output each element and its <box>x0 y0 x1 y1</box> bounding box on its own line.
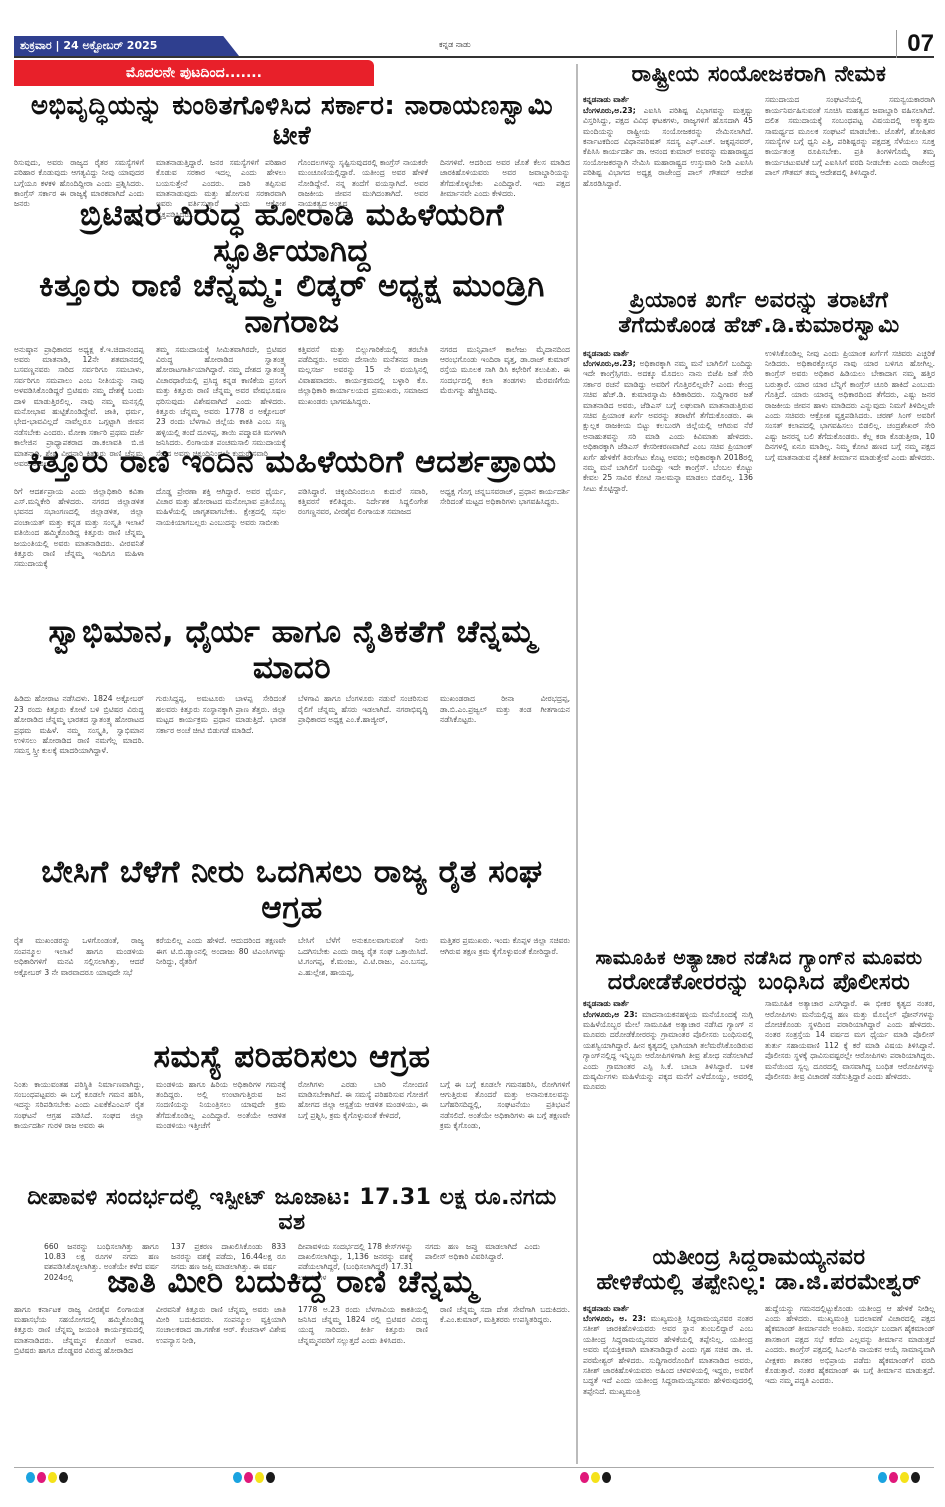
article-column: ಕನ್ನಡನಾಡು ವಾರ್ತೆ ಬೆಂಗಳೂರು,ಅ 23: ಮಾದನಾಯಕನ… <box>583 999 753 1187</box>
headline-line-2: ಹೇಳಿಕೆಯಲ್ಲಿ ತಪ್ಪೇನಿಲ್ಲ: ಡಾ.ಜಿ.ಪರಮೇಶ್ವರ್ <box>583 1270 935 1295</box>
dateline: ಬೆಂಗಳೂರು,ಅ 23: <box>583 1010 638 1019</box>
brand-name: ಕನ್ನಡ ನಾಡು <box>439 40 471 50</box>
article-column: ಉಳಿಸಿಕೊಂಡಿಲ್ಲ ನೀವು ಎಂದು ಪ್ರಿಯಾಂಕ ಖರ್ಗೆಗೆ… <box>765 349 935 909</box>
article-column: ಅಧ್ಯಕ್ಷ ಗೊಗ್ಗ ಚನ್ನಬಸವರಾಜ್, ಪ್ರಧಾನ ಕಾರ್ಯದ… <box>440 487 570 599</box>
article-column: ರೋಗಿಗಳು ಎರಡು ಬಾರಿ ನೋಂದಣಿ ಮಾಡಿಸಬೇಕಾಗಿದೆ. … <box>298 1080 428 1198</box>
dateline: ಬೆಂಗಳೂರು,ಅ.23; <box>583 106 636 115</box>
bottom-rule <box>14 1467 934 1468</box>
article-column: ಮಂಡಳಿಯ ಹಾಗೂ ಹಿರಿಯ ಅಧಿಕಾರಿಗಳ ಗಮನಕ್ಕೆ ತಂದಿ… <box>156 1080 286 1198</box>
article-column: ಮತ್ತಿತರ ಪ್ರಮುಖರು. ಇಂದು ಕೊಪ್ಪಳ ಜಿಲ್ಲಾ ಸಚಿ… <box>440 936 570 1028</box>
article-column: ದೊಡ್ಡ ಪ್ರೇರಣಾ ಶಕ್ತಿ ಆಗಿದ್ದಾರೆ. ಅವರ ಧೈರ್ಯ… <box>156 487 286 599</box>
article-body: ಮುಖ್ಯಮಂತ್ರಿ ಸಿದ್ದರಾಮಯ್ಯನವರ ನಂತರ ಸತೀಶ್ ಜಾ… <box>583 1314 753 1396</box>
registration-marks-center <box>233 1472 275 1483</box>
headline: ಸ್ವಾಭಿಮಾನ, ಧೈರ್ಯ ಹಾಗೂ ನೈತಿಕತೆಗೆ ಚೆನ್ನಮ್ಮ… <box>14 615 570 686</box>
headline: ಕಿತ್ತೂರು ರಾಣಿ ಇಂದಿನ ಮಹಿಳೆಯರಿಗೆ ಆದರ್ಶಪ್ರಾ… <box>14 445 570 481</box>
masthead: ಶುಕ್ರವಾರ | 24 ಅಕ್ಟೋಬರ್ 2025 ಕನ್ನಡ ನಾಡು 0… <box>14 34 934 58</box>
magenta-dot <box>889 1472 898 1483</box>
yellow-dot <box>255 1472 264 1483</box>
yellow-dot <box>900 1472 909 1483</box>
headline-line-1: ಬ್ರಿಟಿಷರ ವಿರುದ್ಧ ಹೋರಾಡಿ ಮಹಿಳೆಯರಿಗೆ ಸ್ಫೂರ… <box>14 198 570 269</box>
yellow-dot <box>48 1472 57 1483</box>
article-body: ಎಐಸಿಸಿ ಪರಿಶಿಷ್ಟ ವಿಭಾಗವನ್ನು ಮತ್ತಷ್ಟು ವಿಸ್… <box>583 106 753 188</box>
headline: ಬೇಸಿಗೆ ಬೆಳೆಗೆ ನೀರು ಒದಗಿಸಲು ರಾಜ್ಯ ರೈತ ಸಂಘ… <box>14 855 570 926</box>
dateline: ಬೆಂಗಳೂರು,ಅ.23; <box>583 359 636 368</box>
left-section: ಮೊದಲನೇ ಪುಟದಿಂದ....... ಅಭಿವೃದ್ಧಿಯನ್ನು ಕುಂ… <box>14 60 570 86</box>
article-column: ಕನ್ನಡನಾಡು ವಾರ್ತೆ ಬೆಂಗಳೂರು,ಅ.23; ಎಐಸಿಸಿ ಪ… <box>583 95 753 273</box>
headline: ಸಮಸ್ಯೆ ಪರಿಹರಿಸಲು ಆಗ್ರಹ <box>14 1040 570 1076</box>
registration-marks-left <box>26 1472 68 1483</box>
byline: ಕನ್ನಡನಾಡು ವಾರ್ತೆ <box>583 349 753 359</box>
byline: ಕನ್ನಡನಾಡು ವಾರ್ತೆ <box>583 95 753 105</box>
yellow-dot <box>591 1472 600 1483</box>
article-column: ಹುದ್ದೆಯನ್ನು ಗಮನದಲ್ಲಿಟ್ಟುಕೊಂಡು ಯತೀಂದ್ರ ಆ … <box>765 1304 935 1440</box>
article-column: ನಿಂತು ಕಾಯುವಂತಹ ಪರಿಸ್ಥಿತಿ ನಿರ್ಮಾಣವಾಗಿದ್ದು… <box>14 1080 144 1198</box>
article-column: ಸಮುದಾಯದ ಸಂಘಟನೆಯಲ್ಲಿ ಸಮನ್ವಯಕಾರರಾಗಿ ಕಾರ್ಯನ… <box>765 95 935 273</box>
black-dot <box>911 1472 920 1483</box>
article-column: ಬಗ್ಗೆ ಈ ಬಗ್ಗೆ ಕೂಡಲೇ ಗಮನಹರಿಸಿ, ರೋಗಿಗಳಿಗೆ … <box>440 1080 570 1198</box>
magenta-dot <box>37 1472 46 1483</box>
headline-line-1: ಪ್ರಿಯಾಂಕ ಖರ್ಗೆ ಅವರನ್ನು ತರಾಟೆಗೆ <box>583 288 935 313</box>
article-column: ಹಾಗೂ ಕರ್ನಾಟಕ ರಾಜ್ಯ ವೀರಶೈವ ಲಿಂಗಾಯತ ಮಹಾಸಭೆ… <box>14 1305 144 1473</box>
continued-banner: ಮೊದಲನೇ ಪುಟದಿಂದ....... <box>14 60 374 86</box>
headline-line-2: ಕಿತ್ತೂರು ರಾಣಿ ಚೆನ್ನಮ್ಮ: ಲಿಡ್ಕರ್ ಅಧ್ಯಕ್ಷ … <box>14 269 570 340</box>
article-column: ಸಾಮೂಹಿಕ ಅತ್ಯಾಚಾರ ಎಸಗಿದ್ದಾರೆ. ಈ ಭೀಕರ ಕೃತ್… <box>765 999 935 1187</box>
article-column: 1778 ಅ.23 ರಂದು ಬೆಳಗಾವಿಯ ಕಾಕತಿಯಲ್ಲಿ ಜನಿಸಿ… <box>298 1305 428 1473</box>
article-swabhimana: ಸ್ವಾಭಿಮಾನ, ಧೈರ್ಯ ಹಾಗೂ ನೈತಿಕತೆಗೆ ಚೆನ್ನಮ್ಮ… <box>14 615 570 886</box>
article-column: ಕನ್ನಡನಾಡು ವಾರ್ತೆ ಬೆಂಗಳೂರು,ಅ.23; ಅಧಿಕಾರಕ್… <box>583 349 753 909</box>
article-parameshwar: ಯತೀಂದ್ರ ಸಿದ್ದರಾಮಯ್ಯನವರ ಹೇಳಿಕೆಯಲ್ಲಿ ತಪ್ಪೇ… <box>583 1245 935 1440</box>
article-column: ಕರೆಯಲಿಲ್ಲ ಎಂದು ಹೇಳಿದೆ. ಆದುದರಿಂದ ತಕ್ಷಣವೇ … <box>156 936 286 1028</box>
cyan-dot <box>26 1472 35 1483</box>
headline-line-1: ಯತೀಂದ್ರ ಸಿದ್ದರಾಮಯ್ಯನವರ <box>583 1245 935 1270</box>
registration-marks-mid <box>580 1472 611 1483</box>
cyan-dot <box>233 1472 242 1483</box>
article-column: ಕನ್ನಡನಾಡು ವಾರ್ತೆ ಬೆಂಗಳೂರು, ಅ. 23: ಮುಖ್ಯಮ… <box>583 1304 753 1440</box>
headline: ದೀಪಾವಳಿ ಸಂದರ್ಭದಲ್ಲಿ ಇಸ್ಪೀಟ್ ಜೂಜಾಟ: 17.31… <box>14 1185 570 1236</box>
cyan-dot <box>878 1472 887 1483</box>
article-body: ಅಧಿಕಾರಕ್ಕಾಗಿ ನಮ್ಮ ಮನೆ ಬಾಗಿಲಿಗೆ ಬಂದಿದ್ದು … <box>583 359 753 493</box>
article-kittur-adarsha: ಕಿತ್ತೂರು ರಾಣಿ ಇಂದಿನ ಮಹಿಳೆಯರಿಗೆ ಆದರ್ಶಪ್ರಾ… <box>14 445 570 599</box>
column-divider <box>576 64 578 1464</box>
headline-line-2: ತೆಗೆದುಕೊಂಡ ಹೆಚ್.ಡಿ.ಕುಮಾರಸ್ವಾಮಿ <box>583 313 935 338</box>
headline: ಜಾತಿ ಮೀರಿ ಬದುಕಿದ್ದ ರಾಣಿ ಚೆನ್ನಮ್ಮ <box>14 1265 570 1301</box>
black-dot <box>59 1472 68 1483</box>
article-body: ಮಾದನಾಯಕನಹಳ್ಳಿಯ ಮನೆಯೊಂದಕ್ಕೆ ನುಗ್ಗಿ ಮಹಿಳೆಯ… <box>583 1010 753 1092</box>
dateline: ಬೆಂಗಳೂರು, ಅ. 23: <box>583 1314 646 1323</box>
article-column: ಪಡಿಸಿದ್ದಾರೆ. ಚಿಕ್ಕಂದಿನಿಂದಲೂ ಕುದುರೆ ಸವಾರಿ… <box>298 487 428 599</box>
byline: ಕನ್ನಡನಾಡು ವಾರ್ತೆ <box>583 1304 753 1314</box>
article-column: ಬೇಸಿಗೆ ಬೆಳೆಗೆ ಅನುಕೂಲವಾಗುವಂತೆ ನೀರು ಒದಗಿಸಬ… <box>298 936 428 1028</box>
headline: ರಾಷ್ಟ್ರೀಯ ಸಂಯೋಜಕರಾಗಿ ನೇಮಕ <box>583 62 935 87</box>
article-jathi-meeri: ಜಾತಿ ಮೀರಿ ಬದುಕಿದ್ದ ರಾಣಿ ಚೆನ್ನಮ್ಮ ಹಾಗೂ ಕರ… <box>14 1265 570 1473</box>
magenta-dot <box>580 1472 589 1483</box>
article-gang-arrest: ಸಾಮೂಹಿಕ ಅತ್ಯಾಚಾರ ನಡೆಸಿದ ಗ್ಯಾಂಗ್‌ನ ಮೂವರು … <box>583 948 935 1187</box>
black-dot <box>266 1472 275 1483</box>
registration-marks-right <box>878 1472 920 1483</box>
article-hdk-priyank: ಪ್ರಿಯಾಂಕ ಖರ್ಗೆ ಅವರನ್ನು ತರಾಟೆಗೆ ತೆಗೆದುಕೊಂ… <box>583 288 935 909</box>
article-raitha-sangha: ಬೇಸಿಗೆ ಬೆಳೆಗೆ ನೀರು ಒದಗಿಸಲು ರಾಜ್ಯ ರೈತ ಸಂಘ… <box>14 855 570 1028</box>
article-column: ರಾಣಿ ಚೆನ್ನಮ್ಮ ಸದಾ ದೇಶ ಸೇವೆಗಾಗಿ ಬದುಕಿದರು.… <box>440 1305 570 1473</box>
headline: ಅಭಿವೃದ್ಧಿಯನ್ನು ಕುಂಠಿತಗೊಳಿಸಿದ ಸರ್ಕಾರ: ನಾರ… <box>14 92 570 152</box>
article-column: ರಿಗೆ ಆದರ್ಶಪ್ರಾಯ ಎಂದು ಜಿಲ್ಲಾಧಿಕಾರಿ ಕವಿತಾ … <box>14 487 144 599</box>
headline-line-2: ದರೋಡೆಕೋರರನ್ನು ಬಂಧಿಸಿದ ಪೊಲೀಸರು <box>583 970 935 995</box>
date-tab: ಶುಕ್ರವಾರ | 24 ಅಕ್ಟೋಬರ್ 2025 <box>14 36 239 56</box>
article-national-coordinator: ರಾಷ್ಟ್ರೀಯ ಸಂಯೋಜಕರಾಗಿ ನೇಮಕ ಕನ್ನಡನಾಡು ವಾರ್… <box>583 62 935 273</box>
article-samasye: ಸಮಸ್ಯೆ ಪರಿಹರಿಸಲು ಆಗ್ರಹ ನಿಂತು ಕಾಯುವಂತಹ ಪರ… <box>14 1040 570 1198</box>
article-column: ವೀರವನಿತೆ ಕಿತ್ತೂರು ರಾಣಿ ಚೆನ್ನಮ್ಮ ಅವರು ಜಾತ… <box>156 1305 286 1473</box>
magenta-dot <box>244 1472 253 1483</box>
black-dot <box>602 1472 611 1483</box>
headline-line-1: ಸಾಮೂಹಿಕ ಅತ್ಯಾಚಾರ ನಡೆಸಿದ ಗ್ಯಾಂಗ್‌ನ ಮೂವರು <box>583 948 935 970</box>
byline: ಕನ್ನಡನಾಡು ವಾರ್ತೆ <box>583 999 753 1009</box>
article-column: ರೈತ ಮುಖಂಡರನ್ನು ಒಳಗೊಂಡಂತೆ, ರಾಜ್ಯ ಸಂಪನ್ಮೂಲ… <box>14 936 144 1028</box>
page-number: 07 <box>896 30 934 58</box>
